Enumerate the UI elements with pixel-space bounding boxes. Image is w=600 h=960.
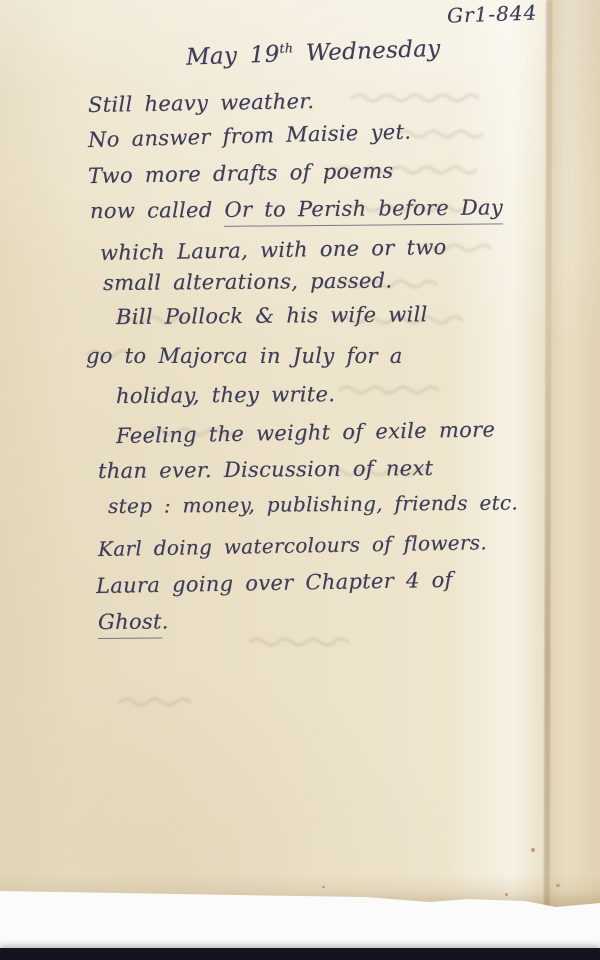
ghost-stroke: [352, 95, 478, 101]
text-segment: Or to Perish before Day: [224, 195, 503, 226]
foxing-speck: [531, 848, 535, 852]
text-segment: Wednesday: [293, 36, 441, 67]
handwritten-line: step : money, publishing, friends etc.: [108, 490, 518, 518]
text-segment: May 19: [186, 41, 280, 70]
text-segment: now called: [90, 198, 225, 223]
scanner-bed-edge: [0, 948, 600, 960]
text-segment: holiday, they write.: [116, 382, 335, 408]
handwritten-line: small alterations, passed.: [103, 268, 392, 295]
archive-number: Gr1-844: [447, 0, 538, 27]
foxing-speck: [322, 886, 325, 888]
text-segment: step : money, publishing, friends etc.: [108, 490, 518, 518]
handwritten-line: than ever. Discussion of next: [98, 456, 433, 483]
scanned-page: Gr1-844 May 19th WednesdayStill heavy we…: [0, 0, 600, 960]
text-segment: than ever. Discussion of next: [98, 456, 433, 483]
text-segment: Bill Pollock & his wife will: [116, 302, 428, 329]
handwritten-line: now called Or to Perish before Day: [90, 195, 503, 223]
text-segment: go to Majorca in July for a: [86, 344, 403, 368]
foxing-speck: [505, 893, 508, 896]
manuscript-page: Gr1-844 May 19th WednesdayStill heavy we…: [0, 0, 600, 912]
handwritten-line: holiday, they write.: [116, 382, 335, 408]
text-segment: .: [162, 609, 169, 633]
text-segment: small alterations, passed.: [103, 268, 392, 295]
paper-bottom-edge: [0, 874, 600, 912]
handwritten-line: go to Majorca in July for a: [86, 344, 403, 368]
handwritten-line: Ghost.: [98, 609, 169, 634]
ghost-stroke: [120, 699, 190, 705]
handwritten-line: Bill Pollock & his wife will: [116, 302, 428, 329]
ghost-stroke: [250, 639, 348, 645]
text-segment: Ghost: [98, 609, 162, 639]
foxing-speck: [556, 884, 560, 887]
text-segment: Still heavy weather.: [88, 89, 315, 117]
ghost-stroke: [340, 387, 438, 393]
handwritten-line: Still heavy weather.: [88, 89, 315, 117]
text-segment: th: [279, 40, 293, 55]
